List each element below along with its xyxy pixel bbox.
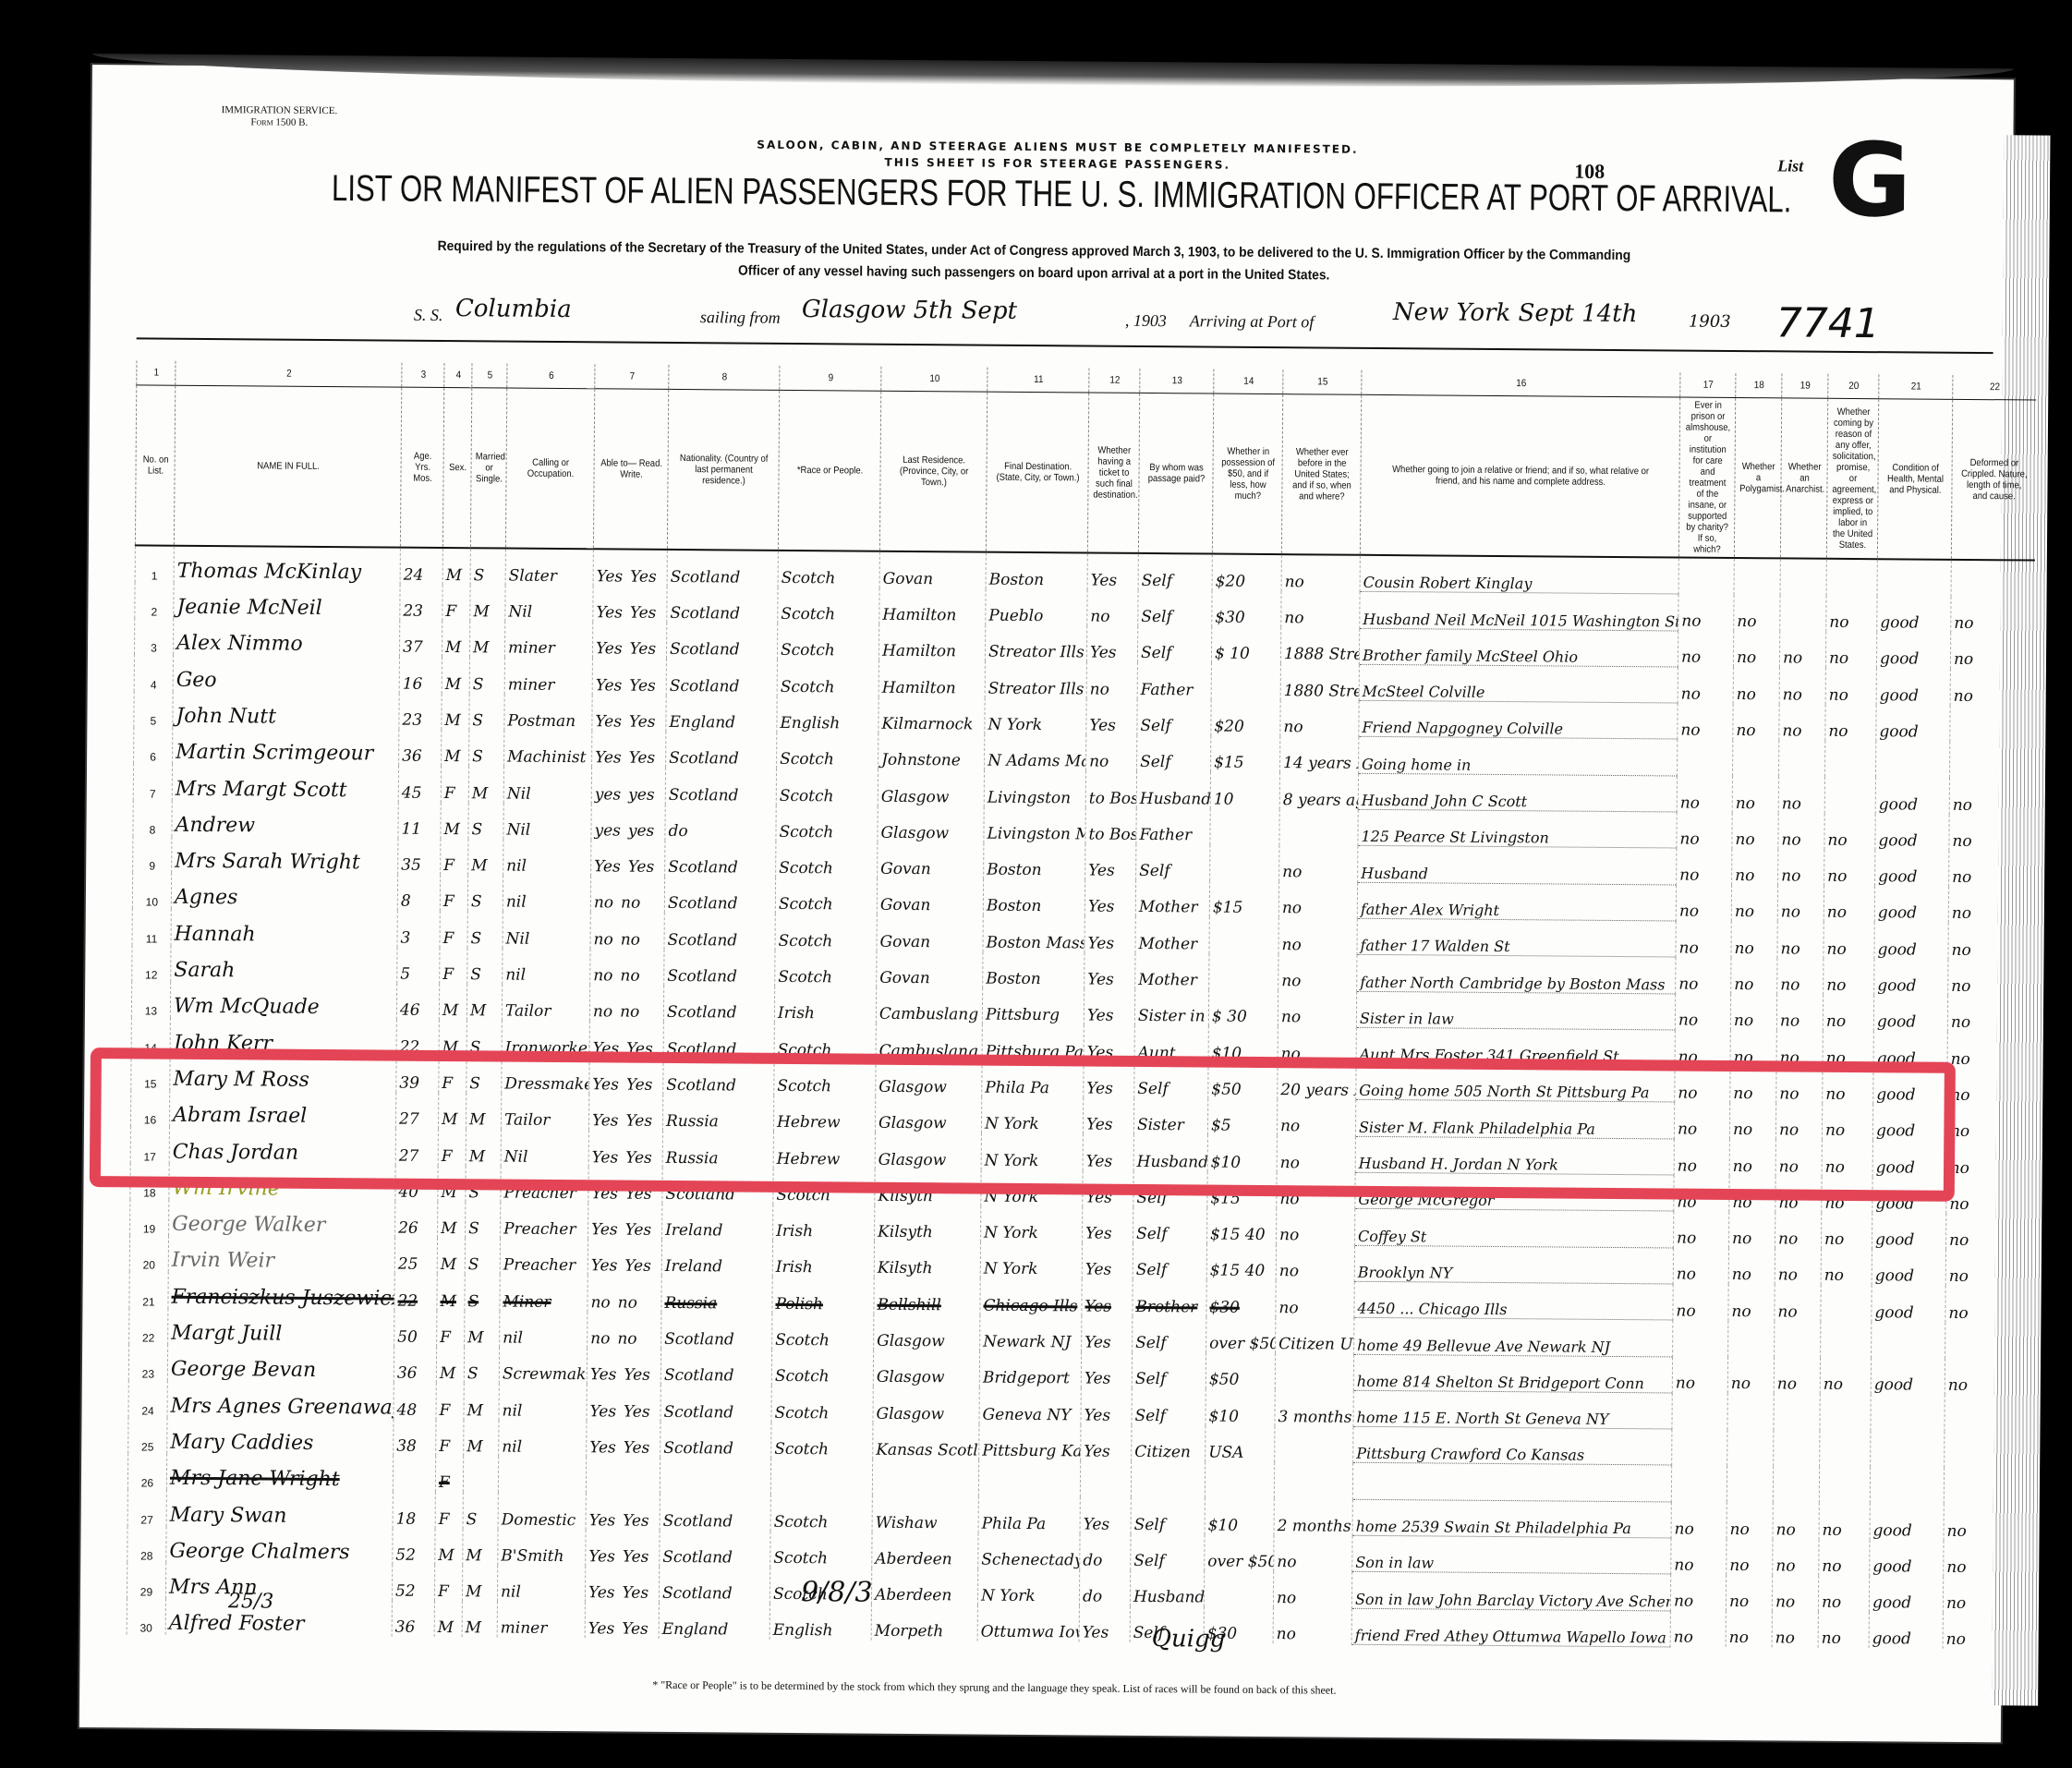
cell-name: Martin Scrimgeour <box>173 728 399 766</box>
cell-before: 1888 Streator Ills <box>1280 627 1359 664</box>
cell-ticket: Yes <box>1087 552 1138 589</box>
cell-race: Scotch <box>777 624 878 660</box>
footnote: * "Race or People" is to be determined b… <box>652 1678 1336 1698</box>
cell-read-write: YesYes <box>593 586 667 623</box>
cell-last: Glasgow <box>878 805 984 842</box>
cell-before: 2 months ago for 3 years <box>1274 1498 1352 1535</box>
cell-read-write: YesYes <box>587 1421 660 1458</box>
cell-last: Kilsyth <box>874 1241 980 1278</box>
cell-nat: Russia <box>662 1095 773 1132</box>
cell-write: Yes <box>629 676 656 695</box>
cell-name: Mrs Jane Wright <box>166 1454 393 1492</box>
cell-ticket: Yes <box>1084 1025 1134 1062</box>
header-read-write: Able to— Read. Write. <box>597 389 664 550</box>
col-num: 10 <box>887 367 983 392</box>
cell-before: no <box>1278 954 1357 991</box>
cell-money: $20 <box>1212 554 1281 591</box>
cell-paid: Father <box>1136 807 1210 844</box>
cell-race: Scotch <box>772 1314 874 1350</box>
cell-money <box>1204 1570 1273 1607</box>
cell-health: good <box>1876 669 1950 706</box>
cell-paid: Self <box>1133 1207 1207 1244</box>
cell-occ: nil <box>503 876 590 913</box>
cell-no: 8 <box>133 800 172 837</box>
cell-c17: no <box>1673 1284 1728 1321</box>
cell-last: Glasgow <box>875 1132 981 1169</box>
cell-c20: no <box>1818 1576 1869 1613</box>
cell-last: Glasgow <box>873 1387 979 1423</box>
cell-occ: nil <box>503 839 591 876</box>
cell-ticket: Yes <box>1083 1170 1133 1207</box>
cell-paid: Self <box>1136 844 1210 881</box>
cell-name: Mrs Ann <box>165 1562 392 1600</box>
cell-write: yes <box>628 821 655 840</box>
header-before-in-us: Whether ever before in the United States… <box>1286 394 1358 555</box>
cell-deformed: no <box>1948 960 2031 997</box>
cell-dest: Boston Mass <box>983 915 1084 952</box>
cell-money: $50 <box>1208 1062 1278 1099</box>
cell-race: Hebrew <box>773 1132 875 1169</box>
cell-nat: Scotland <box>660 1494 770 1531</box>
cell-c17 <box>1678 558 1734 595</box>
cell-last: Govan <box>879 551 986 589</box>
cell-race: Scotch <box>776 805 878 842</box>
cell-c19: no <box>1777 958 1824 995</box>
cell-c19: no <box>1775 1212 1821 1249</box>
cell-c20 <box>1824 777 1875 814</box>
cell-dest: Newark NJ <box>980 1314 1082 1351</box>
cell-deformed: no <box>1945 1214 2029 1251</box>
cell-c17 <box>1673 1320 1728 1357</box>
cell-nat: Scotland <box>666 732 777 769</box>
cell-c20: no <box>1822 1140 1872 1177</box>
cell-health: good <box>1875 777 1949 814</box>
cell-before: 14 years Mass <box>1280 736 1359 773</box>
cell-deformed: no <box>1949 814 2032 851</box>
cell-dest: Pittsburg Kansas <box>979 1423 1081 1460</box>
cell-write: no <box>618 1293 637 1312</box>
cell-read-write: YesYes <box>592 731 666 768</box>
cell-c19: no <box>1775 1176 1822 1213</box>
cell-c18: no <box>1733 631 1779 668</box>
cell-nat: Scotland <box>664 877 775 914</box>
cell-read-write: YesYes <box>589 1022 663 1059</box>
cell-paid: Self <box>1132 1352 1206 1389</box>
cell-c17: no <box>1675 1030 1730 1067</box>
cell-c18: no <box>1733 704 1779 741</box>
col-num: 18 <box>1738 373 1779 398</box>
cell-relative: McSteel Colville <box>1359 664 1678 703</box>
cell-deformed: no <box>1946 1141 2030 1178</box>
cell-read: no <box>590 1293 610 1312</box>
cell-no: 14 <box>131 1018 170 1055</box>
cell-money <box>1205 1461 1274 1498</box>
cell-c19: no <box>1778 777 1824 814</box>
cell-sex: F <box>440 875 467 912</box>
header-deformed: Deformed or Crippled. Nature, length of … <box>1956 399 2031 560</box>
col-num: 22 <box>1957 375 2031 400</box>
cell-before: 1880 Streator <box>1280 664 1359 701</box>
cell-nat: Scotland <box>659 1567 769 1604</box>
cell-c19 <box>1780 558 1826 595</box>
cell-c18: no <box>1727 1502 1773 1539</box>
cell-c20: no <box>1824 959 1874 996</box>
cell-money: $ 10 <box>1211 627 1280 664</box>
cell-write: Yes <box>624 1402 650 1421</box>
cell-deformed: no <box>1948 887 2031 924</box>
cell-c19: no <box>1775 1248 1821 1285</box>
col-num: 20 <box>1830 374 1876 399</box>
cell-paid: Brother <box>1133 1279 1206 1316</box>
cell-relative: George McGregor <box>1355 1172 1674 1211</box>
cell-sex: M <box>435 1528 463 1565</box>
cell-before: no <box>1278 990 1356 1027</box>
cell-c17: no <box>1675 994 1730 1031</box>
cell-c18: no <box>1731 958 1777 995</box>
cell-no: 7 <box>133 764 172 801</box>
cell-c18: no <box>1726 1575 1772 1612</box>
cell-health: good <box>1875 850 1949 887</box>
cell-nat: Scotland <box>665 768 776 805</box>
col-num: 12 <box>1091 369 1137 394</box>
cell-health <box>1871 1394 1945 1431</box>
list-letter: G <box>1828 134 1912 227</box>
cell-no: 11 <box>132 909 171 946</box>
cell-last: Govan <box>877 878 983 915</box>
cell-no: 21 <box>129 1272 168 1309</box>
cell-health: good <box>1872 1104 1946 1141</box>
cell-health: good <box>1872 1140 1946 1177</box>
cell-last: Glasgow <box>874 1314 980 1350</box>
cell-read: Yes <box>591 1220 618 1239</box>
arriving-label: Arriving at Port of <box>1190 311 1315 332</box>
cell-read: no <box>594 894 613 913</box>
cell-deformed: no <box>1949 851 2032 888</box>
cell-race: Scotch <box>775 914 877 951</box>
cell-read-write: YesYes <box>592 622 666 659</box>
cell-health <box>1877 559 1951 596</box>
cell-last: Hamilton <box>878 624 985 661</box>
cell-deformed: no <box>1947 1032 2030 1069</box>
cell-paid: Aunt <box>1134 1025 1208 1062</box>
cell-nat: Russia <box>662 1131 773 1168</box>
cell-read: Yes <box>597 567 624 586</box>
cell-race: Scotch <box>775 951 877 987</box>
cell-nat: Scotland <box>666 659 777 696</box>
cell-name: Mary Caddies <box>167 1417 394 1455</box>
cell-ticket: do <box>1079 1569 1130 1606</box>
cell-read: Yes <box>593 1039 620 1058</box>
cell-dest: Streator Ills <box>985 661 1086 698</box>
ship-prefix: S. S. <box>414 306 443 325</box>
cell-money: $15 40 <box>1206 1244 1276 1281</box>
cell-last: Bellshill <box>874 1278 980 1314</box>
cell-occ: B'Smith <box>498 1529 586 1566</box>
cell-age <box>393 1456 435 1493</box>
cell-ms: S <box>469 694 504 731</box>
cell-sex: M <box>442 621 469 658</box>
cell-ms: M <box>463 1529 498 1566</box>
header-prison: Ever in prison or almshouse, or institut… <box>1681 397 1732 558</box>
cell-occ: Nil <box>503 912 590 949</box>
cell-occ: miner <box>504 658 592 695</box>
cell-before: Citizen USA <box>1276 1317 1354 1354</box>
cell-paid: Father <box>1137 662 1211 699</box>
cell-read: no <box>590 1329 610 1348</box>
cell-health: good <box>1869 1612 1943 1649</box>
cell-c20: no <box>1823 995 1873 1032</box>
cell-sex: M <box>441 803 468 840</box>
cell-c20 <box>1819 1467 1870 1504</box>
passenger-table: 1 2 3 4 5 6 7 8 9 10 11 12 13 14 15 16 1… <box>127 360 2036 1650</box>
cell-money: $30 <box>1212 590 1281 627</box>
cell-name: Margt Juill <box>168 1308 394 1346</box>
cell-age: 22 <box>394 1274 437 1311</box>
cell-before: no <box>1279 845 1358 882</box>
cell-c20: no <box>1819 1503 1870 1540</box>
cell-nat: England <box>659 1603 769 1640</box>
cell-write: Yes <box>625 1112 652 1131</box>
cell-dest: Livingston <box>984 770 1085 807</box>
cell-occ: Ironworker <box>502 1021 589 1058</box>
cell-read: Yes <box>592 1148 619 1167</box>
cell-deformed <box>1945 1395 2028 1432</box>
cell-c18: no <box>1730 994 1776 1031</box>
cell-last: Aberdeen <box>872 1532 978 1568</box>
cell-before: no <box>1277 1135 1355 1172</box>
cell-dest: Ottumwa Iowa <box>977 1605 1079 1642</box>
cell-nat: Russia <box>661 1276 772 1313</box>
cell-c20: no <box>1824 850 1875 887</box>
cell-write: Yes <box>629 713 656 732</box>
cell-write: Yes <box>622 1584 648 1603</box>
cell-health <box>1876 741 1950 778</box>
cell-write: Yes <box>630 567 657 586</box>
cell-deformed: no <box>1946 1105 2030 1142</box>
cell-age: 36 <box>399 730 442 767</box>
header-relative: Whether going to join a relative or frie… <box>1376 394 1665 557</box>
cell-no: 26 <box>127 1453 166 1490</box>
cell-no: 16 <box>130 1090 169 1127</box>
cell-age: 36 <box>392 1601 434 1638</box>
cell-write: Yes <box>625 1148 652 1167</box>
cell-no: 9 <box>133 836 172 873</box>
cell-paid: Mother <box>1135 880 1209 917</box>
cell-relative: father Alex Wright <box>1357 882 1676 921</box>
cell-deformed: no <box>1944 1504 2027 1541</box>
cell-nat: Scotland <box>660 1530 770 1567</box>
cell-c17: no <box>1673 1248 1728 1285</box>
voyage-line: S. S. Columbia sailing from Glasgow 5th … <box>414 298 1984 347</box>
cell-no: 23 <box>128 1344 167 1381</box>
cell-c17: no <box>1670 1611 1726 1648</box>
cell-no: 30 <box>127 1598 165 1635</box>
cell-paid: Mother <box>1135 916 1209 953</box>
header-health: Condition of Health, Mental and Physical… <box>1881 399 1948 560</box>
cell-c17: no <box>1675 1066 1730 1103</box>
cell-read: Yes <box>589 1438 616 1457</box>
cell-ms: M <box>470 585 505 622</box>
cell-read-write: YesYes <box>585 1602 659 1639</box>
page-title: LIST OR MANIFEST OF ALIEN PASSENGERS FOR… <box>332 168 1792 221</box>
cell-money: $30 <box>1206 1280 1276 1317</box>
inspector-signature: Quigg <box>1152 1625 1226 1653</box>
cell-occ: Miner <box>500 1275 588 1312</box>
cell-nat: Scotland <box>662 1167 773 1204</box>
cell-deformed: no <box>1947 1068 2030 1105</box>
header-money: Whether in possession of $50, and if les… <box>1216 394 1279 554</box>
cell-relative: home 115 E. North St Geneva NY <box>1353 1390 1672 1429</box>
cell-read: Yes <box>592 1075 619 1094</box>
cell-before: no <box>1278 881 1357 918</box>
cell-c18: no <box>1730 1030 1776 1067</box>
cell-paid: Self <box>1134 1062 1208 1099</box>
cell-no: 27 <box>127 1490 166 1527</box>
cell-deformed: no <box>1943 1613 2026 1650</box>
cell-occ: Tailor <box>502 985 589 1022</box>
cell-write: Yes <box>628 858 655 877</box>
cell-money <box>1210 808 1279 845</box>
cell-before <box>1275 1426 1353 1463</box>
cell-sex: M <box>438 1202 466 1239</box>
cell-age: 8 <box>397 875 440 912</box>
cell-health: good <box>1869 1576 1943 1613</box>
cell-ticket: Yes <box>1079 1606 1130 1643</box>
cell-deformed: no <box>1943 1577 2026 1614</box>
cell-nat: Scotland <box>663 1059 774 1096</box>
cell-last: Govan <box>877 951 983 987</box>
cell-nat: Scotland <box>663 1022 774 1059</box>
cell-nat: do <box>665 804 776 841</box>
cell-ticket: Yes <box>1083 1097 1133 1134</box>
cell-write: Yes <box>626 1076 653 1095</box>
cell-race: Scotch <box>771 1350 873 1387</box>
cell-ticket: Yes <box>1086 698 1137 735</box>
cell-no: 18 <box>130 1163 169 1200</box>
col-num: 19 <box>1784 373 1825 398</box>
cell-relative: home 49 Bellevue Ave Newark NJ <box>1354 1318 1673 1357</box>
cell-c18: no <box>1728 1284 1775 1321</box>
cell-sex: F <box>436 1420 464 1457</box>
cell-c20 <box>1821 1285 1872 1322</box>
cell-no: 28 <box>127 1526 166 1563</box>
cell-health: good <box>1872 1177 1946 1214</box>
cell-no: 19 <box>130 1199 169 1236</box>
cell-c20: no <box>1824 813 1875 850</box>
cell-write: Yes <box>629 749 656 768</box>
cell-before: no <box>1274 1535 1352 1572</box>
cell-read-write: YesYes <box>587 1348 660 1385</box>
cell-c17 <box>1678 739 1733 776</box>
cell-ms: S <box>466 1202 501 1239</box>
cell-c17: no <box>1677 848 1732 885</box>
cell-age: 52 <box>393 1528 435 1565</box>
header-last-residence: Last Residence. (Province, City, or Town… <box>885 391 982 551</box>
cell-race: Scotch <box>777 733 878 769</box>
cell-deformed: no <box>1944 1540 2027 1577</box>
cell-occ: Preacher <box>501 1166 588 1203</box>
cell-nat: Scotland <box>667 550 778 587</box>
cell-last: Hamilton <box>879 588 986 625</box>
cell-c19: no <box>1776 1031 1823 1068</box>
cell-paid: Self <box>1133 1316 1206 1353</box>
cell-relative: friend Fred Athey Ottumwa Wapello Iowa <box>1351 1608 1670 1647</box>
col-num: 3 <box>404 363 442 388</box>
cell-c17: no <box>1671 1502 1727 1539</box>
cell-dest <box>978 1460 1080 1497</box>
cell-read-write: YesYes <box>593 549 667 586</box>
cell-c18: no <box>1728 1248 1775 1285</box>
cell-relative: 125 Pearce St Livingston <box>1358 809 1677 848</box>
cell-c17: no <box>1677 812 1732 849</box>
cell-sex: M <box>436 1347 464 1384</box>
cell-paid: Self <box>1137 699 1211 736</box>
cell-name: Chas Jordan <box>169 1127 395 1165</box>
cell-age: 36 <box>394 1347 436 1384</box>
cell-health: good <box>1876 705 1950 742</box>
cell-occ: nil <box>500 1311 588 1348</box>
cell-ticket: Yes <box>1081 1424 1132 1461</box>
cell-health: good <box>1871 1358 1945 1395</box>
cell-dest: Boston <box>984 842 1085 879</box>
cell-read-write: nono <box>590 949 664 986</box>
cell-relative: home 814 Shelton St Bridgeport Conn <box>1353 1354 1672 1393</box>
cell-c20 <box>1820 1430 1871 1467</box>
cell-c17: no <box>1677 776 1732 813</box>
cell-money <box>1209 953 1278 990</box>
cell-dest: Boston <box>986 552 1087 590</box>
cell-write: no <box>617 1330 636 1349</box>
cell-no: 20 <box>129 1235 168 1272</box>
cell-ticket: Yes <box>1082 1315 1133 1352</box>
cell-deformed: no <box>1947 996 2030 1033</box>
cell-health <box>1871 1431 1945 1468</box>
cell-no: 3 <box>134 618 173 655</box>
cell-sex: M <box>437 1274 465 1311</box>
cell-c18: no <box>1729 1176 1775 1213</box>
cell-c19 <box>1774 1430 1820 1467</box>
cell-no: 15 <box>131 1054 170 1091</box>
cell-race: Scotch <box>778 587 879 624</box>
cell-write: no <box>621 894 640 913</box>
cell-deformed <box>1945 1431 2028 1468</box>
cell-write: Yes <box>623 1511 649 1530</box>
sailing-from: Glasgow 5th Sept <box>802 296 1017 325</box>
cell-ms: M <box>468 767 503 804</box>
cell-sex: F <box>435 1492 463 1529</box>
cell-dest: N York <box>981 1205 1083 1242</box>
cell-c19: no <box>1776 1067 1823 1104</box>
sailing-year: , 1903 <box>1125 311 1167 331</box>
cell-ticket: Yes <box>1082 1243 1133 1280</box>
cell-read: Yes <box>589 1511 616 1530</box>
cell-c20: no <box>1819 1539 1870 1576</box>
cell-ticket: no <box>1086 734 1137 771</box>
cell-occ: nil <box>499 1384 587 1421</box>
cell-age: 11 <box>398 802 441 839</box>
cell-paid: Self <box>1133 1243 1206 1280</box>
cell-age: 26 <box>395 1201 438 1238</box>
cell-write: no <box>621 930 640 949</box>
cell-dest: Pittsburg <box>982 988 1084 1025</box>
cell-sex: F <box>440 948 467 985</box>
cell-c20: no <box>1825 668 1876 705</box>
header-labor-contract: Whether coming by reason of any offer, s… <box>1829 398 1876 559</box>
cell-race: Scotch <box>778 551 879 588</box>
cell-name: Wm McQuade <box>170 982 396 1020</box>
cell-age: 24 <box>400 548 442 585</box>
cell-occ: Dressmaker <box>502 1057 589 1094</box>
